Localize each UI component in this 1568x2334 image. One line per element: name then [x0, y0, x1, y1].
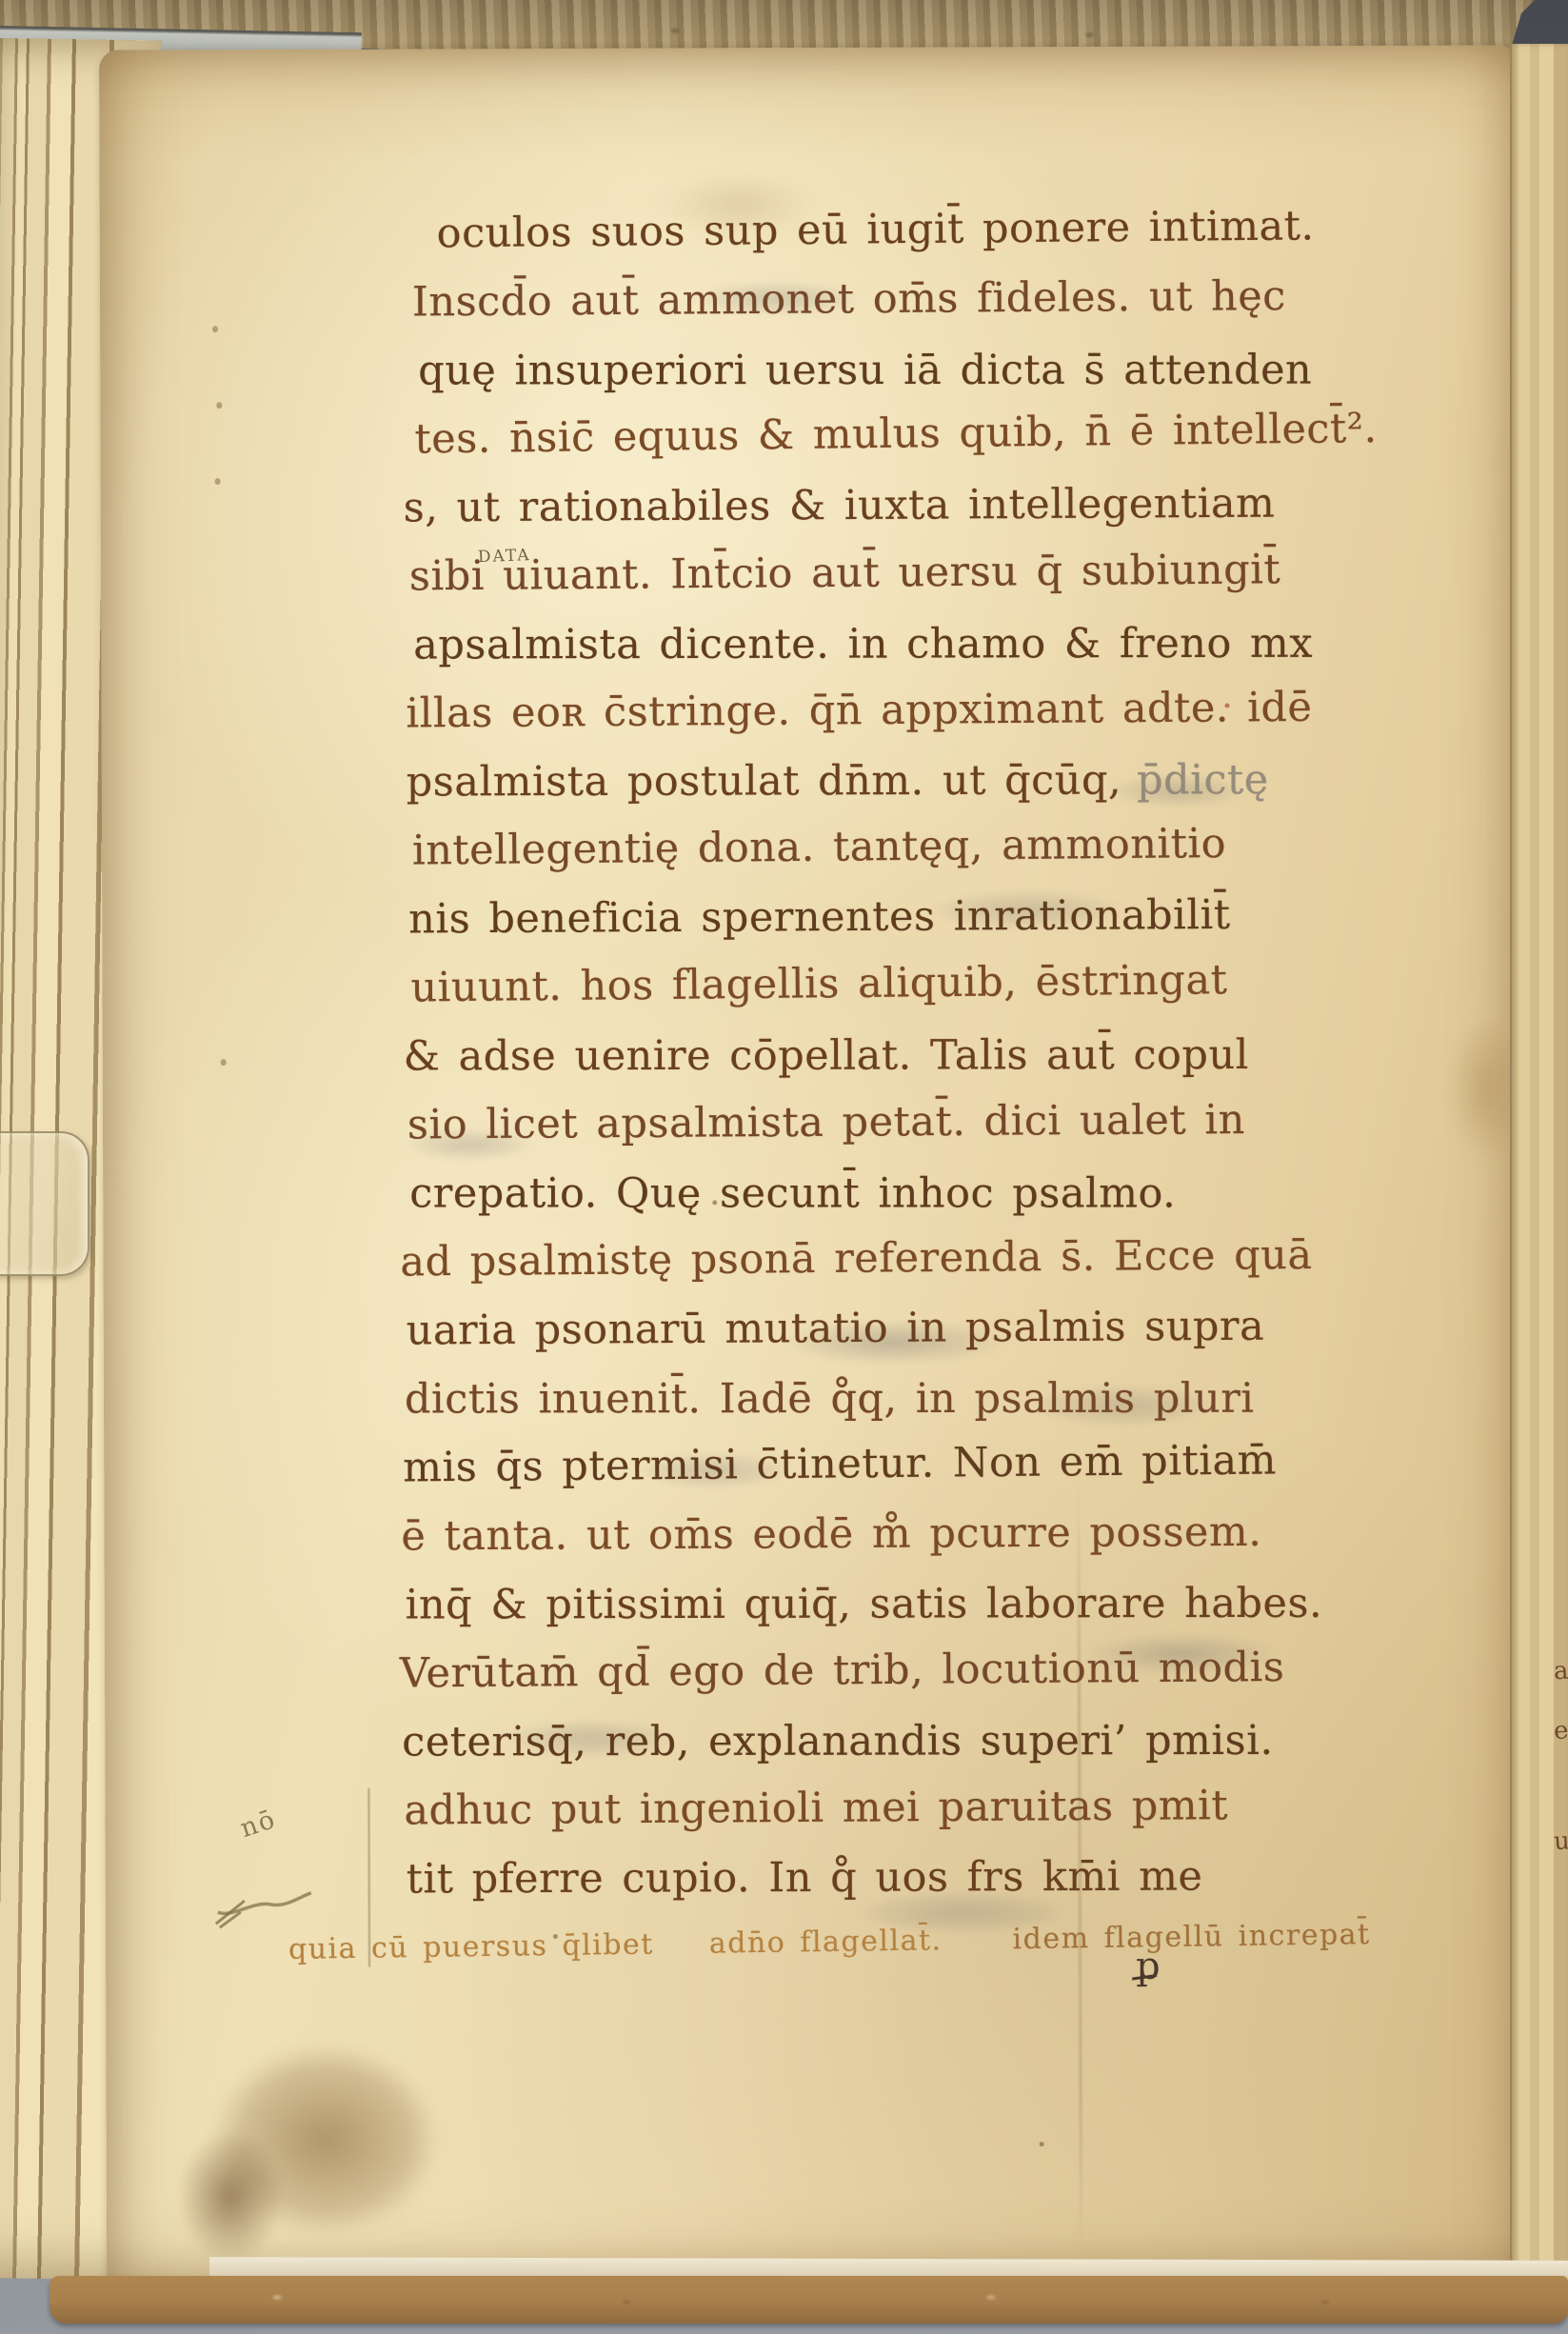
- text-line: apsalmista dicente. in chamo & freno mx: [413, 609, 1470, 680]
- gloss-part: idem flagellū increpat̄: [1012, 1918, 1371, 1956]
- pricking-hole: [215, 478, 221, 485]
- bottom-marginal-gloss: quia cū puersus q̄libetadn̄o flagellat̄.…: [288, 1918, 1371, 1966]
- text-line: tit pferre cupio. In q̊ uos frs km̄i me: [407, 1842, 1475, 1914]
- text-line: uiuunt. hos flagellis aliquib, ēstringat: [410, 944, 1472, 1023]
- text-line: sibi uiuant. Int̄cio aut̄ uersu q̄ subiu…: [409, 534, 1471, 611]
- edge-text-fragment: ere: [1553, 1715, 1568, 1746]
- text-line: nis beneficia spernentes inrationabilit̄: [408, 880, 1471, 954]
- text-line: crepatio. Quę secunt̄ inhoc psalmo.: [409, 1159, 1472, 1227]
- text-line: ceterisq̄, reb, explanandis superi’ pmis…: [402, 1706, 1474, 1777]
- stain-bottom-left-dark: [159, 2106, 303, 2283]
- text-line: intellegentię dona. tantęq, ammonitio: [412, 808, 1472, 886]
- text-line: Inscd̄o aut̄ ammonet om̄s fideles. ut hę…: [412, 261, 1469, 337]
- gloss-part: quia cū puersus q̄libet: [288, 1928, 654, 1966]
- text-line: ē tanta. ut om̄s eodē m̊ pcurre possem.: [401, 1497, 1473, 1571]
- fore-edge-next-page: a ere und: [1510, 44, 1568, 2276]
- text-line: ad psalmistę psonā referenda s̄. Ecce qu…: [400, 1220, 1473, 1297]
- insertion-signe-de-renvoi: p: [1136, 1947, 1161, 1985]
- text-line-faded-word: p̄dictę: [1137, 756, 1269, 804]
- text-line: psalmista postulat dn̄m. ut q̄cūq,p̄dict…: [407, 746, 1471, 817]
- interlinear-gloss: data: [477, 539, 531, 568]
- pricking-hole: [221, 1059, 227, 1066]
- edge-text-fragment: und: [1553, 1825, 1568, 1857]
- text-line: inq̄ & pitissimi quiq̄, satis laborare h…: [406, 1569, 1474, 1640]
- text-line: adhuc put ingenioli mei paruitas pmit: [404, 1770, 1474, 1845]
- text-line: oculos suos sup eū iugit̄ ponere intimat…: [436, 190, 1469, 268]
- text-line: & adse uenire cōpellat. Talis aut̄ copul: [404, 1021, 1472, 1091]
- margin-note: nō: [237, 1805, 280, 1844]
- pricking-hole: [212, 326, 218, 332]
- text-line: tes. n̄sic̄ equus & mulus quib, n̄ ē int…: [414, 393, 1470, 474]
- gloss-part: adn̄o flagellat̄.: [709, 1924, 943, 1960]
- pricking-hole: [216, 402, 222, 409]
- text-line: dictis inuenit̄. Iadē q̊q, in psalmis pl…: [405, 1365, 1473, 1434]
- text-block: oculos suos sup eū iugit̄ ponere intimat…: [412, 196, 1475, 1914]
- manuscript-photo: oculos suos sup eū iugit̄ ponere intimat…: [0, 0, 1568, 2334]
- pen-squiggle-mark: [212, 1874, 317, 1931]
- text-line: mis q̄s ptermisi c̄tinetur. Non em̄ piti…: [403, 1425, 1474, 1503]
- ink-speck: [1040, 2142, 1044, 2146]
- text-line-main: psalmista postulat dn̄m. ut q̄cūq,: [407, 757, 1122, 807]
- parchment-tab: [0, 1131, 89, 1276]
- cover-tail-edge: [50, 2276, 1568, 2324]
- edge-text-fragment: a: [1553, 1657, 1568, 1686]
- text-line: uaria psonarū mutatio in psalmis supra: [407, 1291, 1473, 1366]
- parchment-page: oculos suos sup eū iugit̄ ponere intimat…: [99, 45, 1529, 2282]
- text-line: sio licet apsalmista petat̄. dici ualet …: [407, 1085, 1472, 1160]
- text-line: illas eoʀ c̄stringe. q̄n̄ appximant adte…: [406, 672, 1470, 748]
- text-line: s, ut rationabiles & iuxta intellegentia…: [403, 469, 1469, 543]
- text-line: Verūtam̄ qd̄ ego de trib, locutionū modi…: [400, 1632, 1474, 1708]
